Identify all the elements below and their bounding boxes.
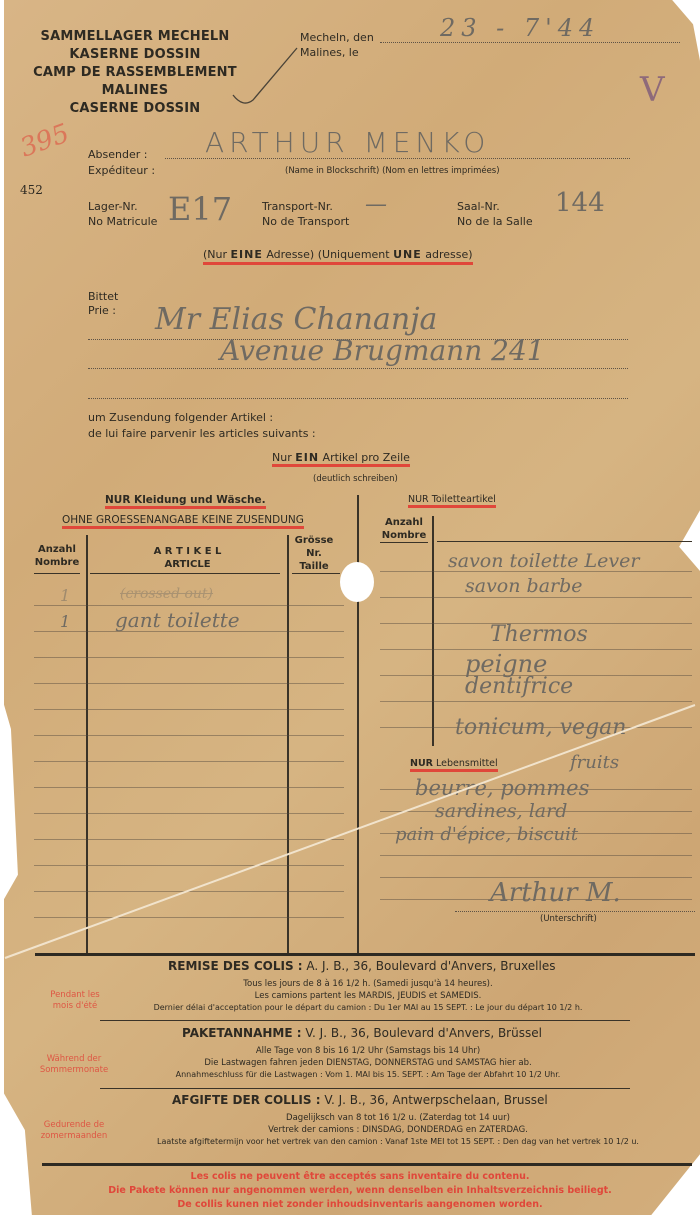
footer-nl-title-row: AFGIFTE DER COLLIS : V. J. B., 36, Antwe… [172,1093,548,1107]
date-field[interactable]: 23 - 7'44 [440,14,600,42]
recipient-label-fr: Prie : [88,304,116,318]
transport-number-field[interactable]: — [365,192,387,217]
camp-line: CASERNE DOSSIN [30,100,240,118]
request-text-de: um Zusendung folgender Artikel : [88,411,273,425]
clothing-article-1[interactable]: (crossed out) [120,586,213,602]
paper-hole [340,562,374,602]
footer-de-title-row: PAKETANNAHME : V. J. B., 36, Boulevard d… [182,1026,542,1040]
footer-fr-body: Tous les jours de 8 à 16 1/2 h. (Samedi … [108,978,628,1014]
transport-label-de: Transport-Nr. [262,200,333,214]
toiletries-qty-header: AnzahlNombre [378,516,430,542]
camp-header: SAMMELLAGER MECHELN KASERNE DOSSIN CAMP … [30,28,240,118]
stamp-mark: V [640,70,665,110]
clothing-warning: OHNE GROESSENANGABE KEINE ZUSENDUNG [62,514,304,529]
lager-number-field[interactable]: E17 [168,190,232,228]
col-article-header: A R T I K E LARTICLE [90,545,285,571]
footer-nl-body: Dagelijksch van 8 tot 16 1/2 u. (Zaterda… [108,1112,688,1148]
toiletries-title: NUR Toiletteartikel [408,494,496,508]
camp-line: SAMMELLAGER MECHELN [30,28,240,46]
clothing-qty-2[interactable]: 1 [60,612,70,631]
recipient-line-2[interactable]: Avenue Brugmann 241 [220,334,545,367]
date-label-fr: Malines, le [300,46,359,60]
check-mark-icon [225,40,305,110]
recipient-line-1[interactable]: Mr Elias Chananja [155,302,437,337]
toiletry-item[interactable]: savon barbe [465,575,583,597]
clothing-article-2[interactable]: gant toilette [115,608,240,632]
fold-tear [0,700,700,960]
request-text-fr: de lui faire parvenir les articles suiva… [88,427,316,441]
col-size-header: GrösseNr.Taille [290,534,338,573]
lager-label-fr: No Matricule [88,215,157,229]
clothing-title: NUR Kleidung und Wäsche. [105,494,266,509]
margin-number: 452 [20,183,43,197]
recipient-label-de: Bittet [88,290,118,304]
footer-de-side: Während der Sommermonate [38,1054,110,1076]
clothing-qty-1[interactable]: 1 [60,586,70,605]
camp-line: CAMP DE RASSEMBLEMENT [30,64,240,82]
one-item-rule: Nur EIN Artikel pro Zeile [272,451,410,467]
address-rule: (Nur EINE Adresse) (Uniquement UNE adres… [203,248,473,265]
footer-fr-title-row: REMISE DES COLIS : A. J. B., 36, Bouleva… [168,959,556,973]
date-label-de: Mecheln, den [300,31,374,45]
saal-number-field[interactable]: 144 [555,188,605,218]
saal-label-de: Saal-Nr. [457,200,500,214]
toiletry-item[interactable]: savon toilette Lever [448,550,639,572]
camp-line: KASERNE DOSSIN [30,46,240,64]
sender-name-field[interactable]: ARTHUR MENKO [205,126,490,159]
toiletry-item[interactable]: Thermos [490,622,588,647]
footer-fr-side: Pendant les mois d'été [40,990,110,1012]
sender-label-de: Absender : [88,148,147,162]
transport-label-fr: No de Transport [262,215,349,229]
toiletry-item[interactable]: dentifrice [465,674,573,699]
inventory-warnings: Les colis ne peuvent être acceptés sans … [40,1170,680,1212]
col-qty-header: AnzahlNombre [34,543,80,569]
footer-de-body: Alle Tage von 8 bis 16 1/2 Uhr (Samstags… [108,1045,628,1081]
sender-hint: (Name in Blockschrift) (Nom en lettres i… [285,166,500,176]
lager-label-de: Lager-Nr. [88,200,138,214]
camp-line: MALINES [30,82,240,100]
footer-nl-side: Gedurende de zomermaanden [38,1120,110,1142]
sender-label-fr: Expéditeur : [88,164,155,178]
saal-label-fr: No de la Salle [457,215,533,229]
one-item-hint: (deutlich schreiben) [313,474,398,484]
